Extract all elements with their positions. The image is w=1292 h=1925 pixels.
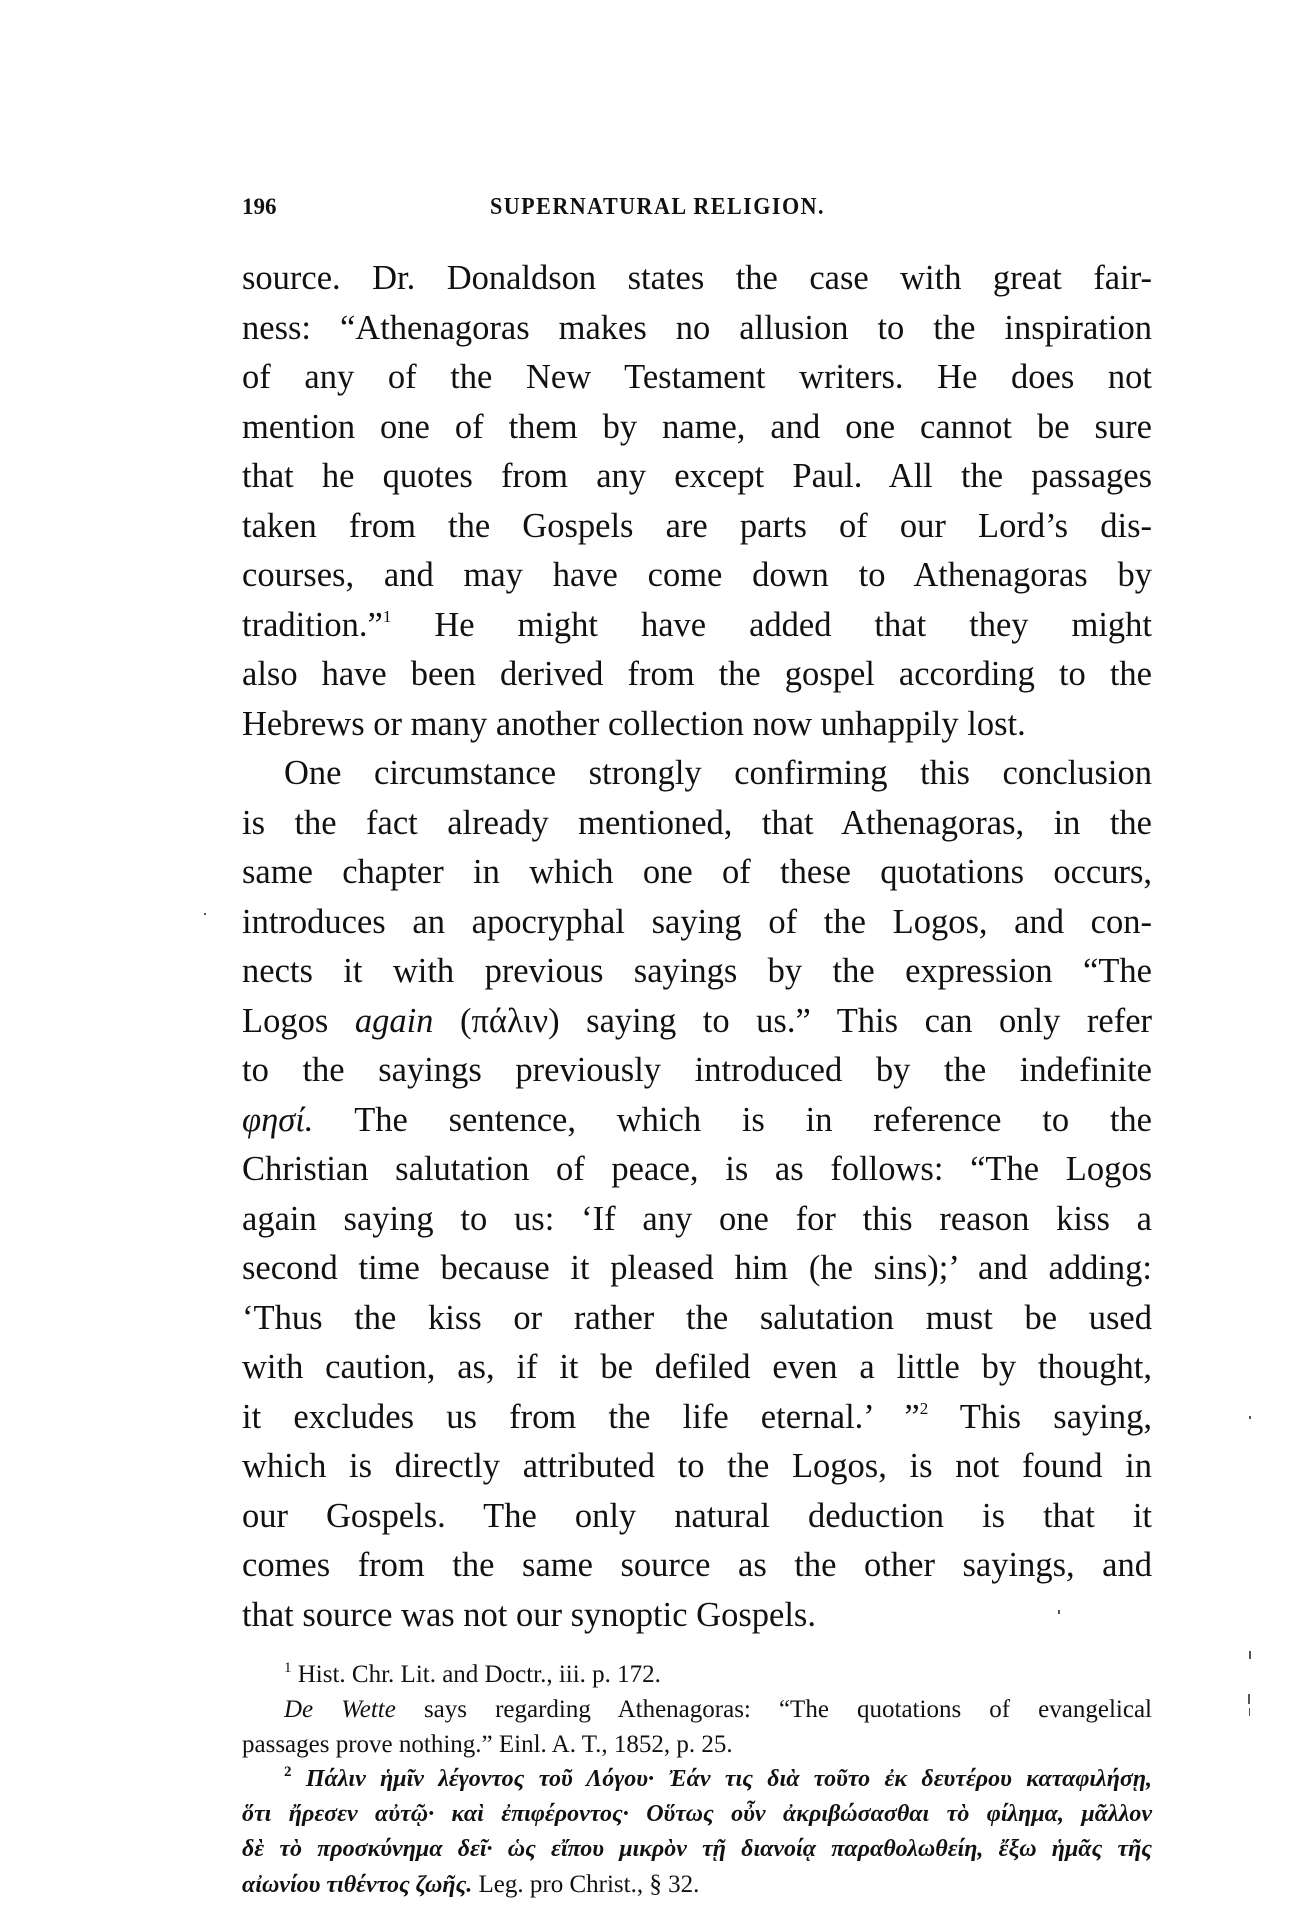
text-line: that he quotes from any except Paul. All…	[242, 452, 1152, 502]
footnote-2-greek-line: δὲ τὸ προσκύνημα δεῖ· ὡς εἴπου μικρὸν τῇ…	[242, 1832, 1152, 1867]
footnote-2: 2 Πάλιν ἡμῖν λέγοντος τοῦ Λόγου· Ἐάν τις…	[242, 1762, 1152, 1797]
paragraph-start-line: One circumstance strongly confirming thi…	[242, 749, 1152, 799]
italic-word: again	[355, 1002, 434, 1040]
footnote-mark-1: 1	[284, 1660, 292, 1676]
scan-artifact	[1249, 1651, 1251, 1659]
italic-author: De Wette	[284, 1696, 396, 1723]
scan-artifact	[1248, 1694, 1250, 1704]
footnotes: 1 Hist. Chr. Lit. and Doctr., iii. p. 17…	[242, 1657, 1152, 1902]
footnote-2-greek-line: ὅτι ἤρεσεν αὐτῷ· καὶ ἐπιφέροντος· Οὕτως …	[242, 1797, 1152, 1832]
text-line: which is directly attributed to the Logo…	[242, 1442, 1152, 1492]
text-line: mention one of them by name, and one can…	[242, 403, 1152, 453]
running-title: SUPERNATURAL RELIGION.	[490, 194, 825, 221]
text-line: our Gospels. The only natural deduction …	[242, 1492, 1152, 1542]
text-line: comes from the same source as the other …	[242, 1541, 1152, 1591]
text-line: ness: “Athenagoras makes no allusion to …	[242, 304, 1152, 354]
text-line: Christian salutation of peace, is as fol…	[242, 1145, 1152, 1195]
text-line: introduces an apocryphal saying of the L…	[242, 898, 1152, 948]
text-line: φησί. The sentence, which is in referenc…	[242, 1096, 1152, 1146]
scan-artifact	[1058, 1610, 1060, 1614]
text-line: second time because it pleased him (he s…	[242, 1244, 1152, 1294]
footnote-ref-2[interactable]: 2	[920, 1399, 929, 1418]
greek-word: φησί.	[242, 1101, 313, 1139]
text-line: is the fact already mentioned, that Athe…	[242, 799, 1152, 849]
footnote-1-continued: De Wette says regarding Athenagoras: “Th…	[242, 1692, 1152, 1727]
text-line: taken from the Gospels are parts of our …	[242, 502, 1152, 552]
text-line: again saying to us: ‘If any one for this…	[242, 1195, 1152, 1245]
text-line: it excludes us from the life eternal.’ ”…	[242, 1393, 1152, 1443]
text-line: also have been derived from the gospel a…	[242, 650, 1152, 700]
text-line: Hebrews or many another collection now u…	[242, 700, 1152, 750]
footnote-2-final-line: αἰωνίου τιθέντος ζωῆς. Leg. pro Christ.,…	[242, 1867, 1152, 1902]
page-number: 196	[242, 194, 277, 220]
text-line: with caution, as, if it be defiled even …	[242, 1343, 1152, 1393]
text-line: same chapter in which one of these quota…	[242, 848, 1152, 898]
text-line: tradition.”1 He might have added that th…	[242, 601, 1152, 651]
body-text: source. Dr. Donaldson states the case wi…	[242, 254, 1152, 1640]
footnote-mark-2: 2	[284, 1764, 292, 1780]
text-line: that source was not our synoptic Gospels…	[242, 1591, 1152, 1641]
footnote-1: 1 Hist. Chr. Lit. and Doctr., iii. p. 17…	[242, 1657, 1152, 1692]
scan-artifact	[1249, 1416, 1251, 1419]
text-line: ‘Thus the kiss or rather the salutation …	[242, 1294, 1152, 1344]
text-line: source. Dr. Donaldson states the case wi…	[242, 254, 1152, 304]
scan-artifact	[204, 913, 206, 915]
text-line: Logos again (πάλιν) saying to us.” This …	[242, 997, 1152, 1047]
text-line: nects it with previous sayings by the ex…	[242, 947, 1152, 997]
running-head: 196 SUPERNATURAL RELIGION.	[242, 190, 1152, 226]
book-page: 196 SUPERNATURAL RELIGION. source. Dr. D…	[0, 0, 1292, 1925]
text-line: courses, and may have come down to Athen…	[242, 551, 1152, 601]
text-line: to the sayings previously introduced by …	[242, 1046, 1152, 1096]
scan-artifact	[1249, 1708, 1250, 1716]
text-line: of any of the New Testament writers. He …	[242, 353, 1152, 403]
footnote-1-continued: passages prove nothing.” Einl. A. T., 18…	[242, 1727, 1152, 1762]
